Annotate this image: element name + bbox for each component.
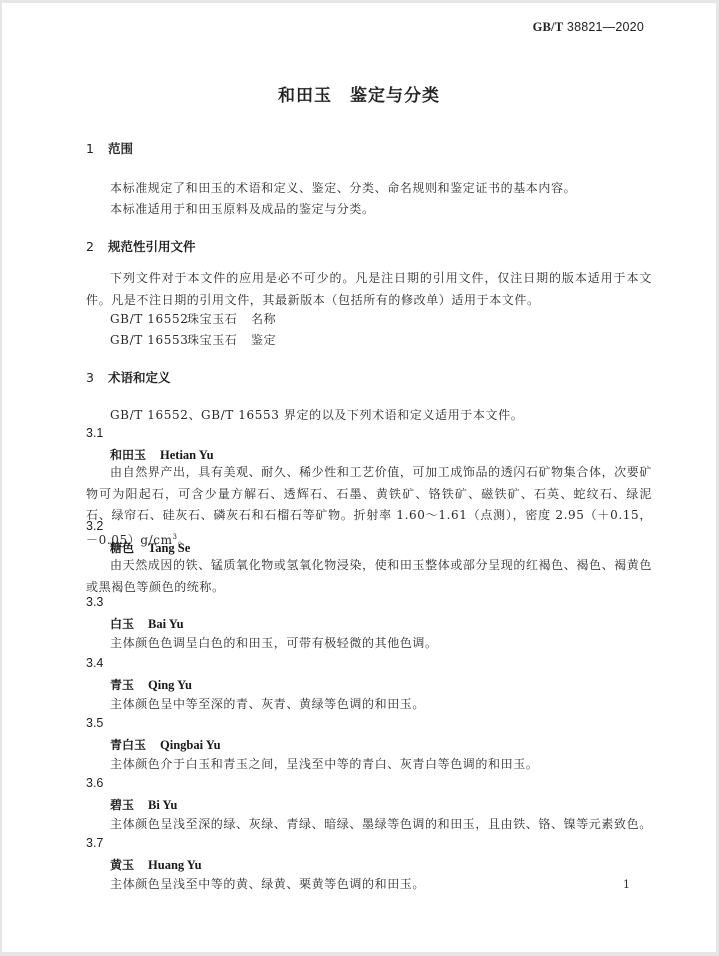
standard-code: GB/T 38821—2020 [533, 20, 644, 35]
section-3-heading: 3术语和定义 [86, 368, 171, 386]
term-number: 3.6 [86, 776, 103, 790]
term-title: 黄玉Huang Yu [110, 856, 202, 873]
term-title: 碧玉Bi Yu [110, 796, 177, 813]
section-1-paragraph: 本标准适用于和田玉原料及成品的鉴定与分类。 [110, 200, 375, 217]
term-number: 3.4 [86, 656, 103, 670]
term-definition: 主体颜色色调呈白色的和田玉，可带有极轻微的其他色调。 [110, 634, 438, 651]
standard-prefix: GB/T [533, 20, 564, 34]
term-title: 和田玉Hetian Yu [110, 446, 214, 463]
term-definition: 主体颜色呈浅至深的绿、灰绿、青绿、暗绿、墨绿等色调的和田玉，且由铁、铬、镍等元素… [110, 815, 652, 832]
section-2-intro: 下列文件对于本文件的应用是必不可少的。凡是注日期的引用文件，仅注日期的版本适用于… [86, 268, 652, 311]
term-definition: 由天然成因的铁、锰质氧化物或氢氧化物浸染，使和田玉整体或部分呈现的红褐色、褐色、… [86, 555, 652, 598]
reference-item: GB/T 16553珠宝玉石鉴定 [110, 331, 276, 348]
term-number: 3.3 [86, 595, 103, 609]
term-title: 青玉Qing Yu [110, 676, 192, 693]
reference-item: GB/T 16552珠宝玉石名称 [110, 310, 276, 327]
term-number: 3.5 [86, 716, 103, 730]
term-number: 3.2 [86, 519, 103, 533]
title-part-1: 和田玉 [278, 86, 332, 106]
term-definition: 主体颜色呈中等至深的青、灰青、黄绿等色调的和田玉。 [110, 695, 425, 712]
standard-number: 38821—2020 [567, 20, 644, 34]
term-definition: 主体颜色呈浅至中等的黄、绿黄、栗黄等色调的和田玉。 [110, 875, 425, 892]
section-3-intro: GB/T 16552、GB/T 16553 界定的以及下列术语和定义适用于本文件… [110, 406, 523, 423]
term-number: 3.7 [86, 836, 103, 850]
section-1-paragraph: 本标准规定了和田玉的术语和定义、鉴定、分类、命名规则和鉴定证书的基本内容。 [110, 179, 576, 196]
term-title: 白玉Bai Yu [110, 615, 184, 632]
term-title: 糖色Tang Se [110, 539, 190, 556]
term-number: 3.1 [86, 426, 103, 440]
term-definition: 主体颜色介于白玉和青玉之间，呈浅至中等的青白、灰青白等色调的和田玉。 [110, 755, 538, 772]
document-title: 和田玉鉴定与分类 [2, 81, 716, 106]
document-page: GB/T 38821—2020 和田玉鉴定与分类 1范围 本标准规定了和田玉的术… [2, 3, 716, 952]
term-title: 青白玉Qingbai Yu [110, 736, 221, 753]
title-part-2: 鉴定与分类 [350, 86, 440, 106]
page-number: 1 [623, 878, 630, 891]
section-2-heading: 2规范性引用文件 [86, 237, 196, 255]
term-definition: 由自然界产出，具有美观、耐久、稀少性和工艺价值，可加工成饰品的透闪石矿物集合体，… [86, 462, 652, 551]
section-1-heading: 1范围 [86, 139, 133, 157]
